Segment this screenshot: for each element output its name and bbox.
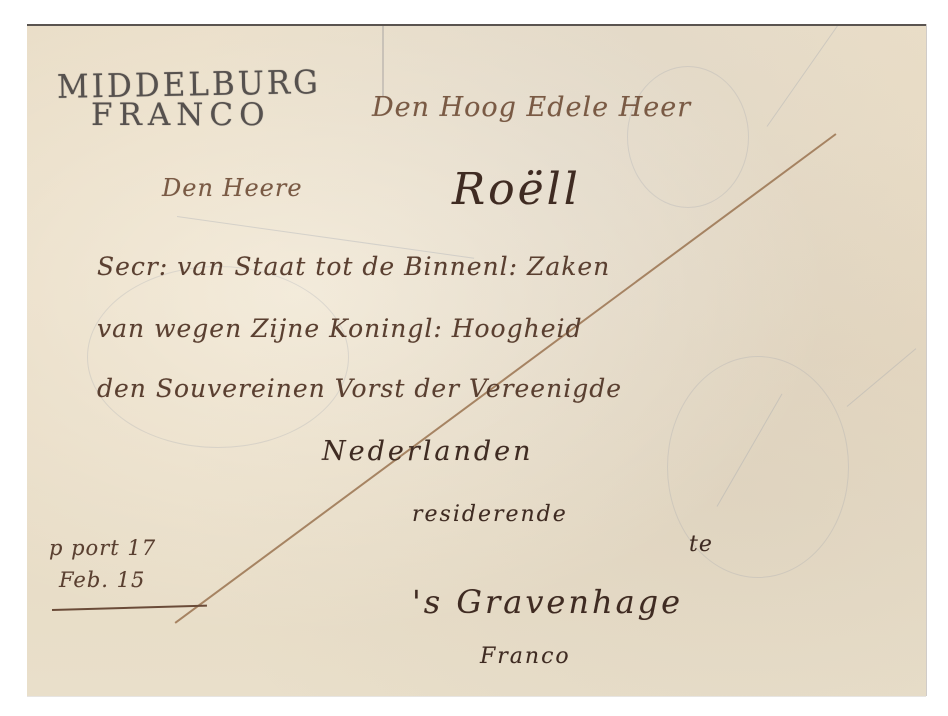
fold-mark <box>382 26 384 96</box>
annotation-underline <box>52 605 207 611</box>
recipient-name: Roëll <box>452 168 581 212</box>
title-line: Den Heere <box>162 176 303 200</box>
address-line-1: Secr: van Staat tot de Binnenl: Zaken <box>97 254 610 279</box>
address-line-3: den Souvereinen Vorst der Vereenigde <box>97 376 622 401</box>
address-line-5: residerende <box>412 504 568 526</box>
postage-annotation-line-1: p port 17 <box>49 538 156 559</box>
show-through-line <box>717 394 783 507</box>
show-through-line <box>767 24 848 127</box>
address-line-4: Nederlanden <box>322 438 534 465</box>
address-line-2: van wegen Zijne Koningl: Hoogheid <box>97 316 583 341</box>
franking-note: Franco <box>480 646 571 668</box>
address-te: te <box>689 534 713 556</box>
show-through-line <box>847 348 917 407</box>
letter-sheet: MIDDELBURG FRANCO Den Hoog Edele Heer De… <box>27 24 926 696</box>
show-through-mark <box>87 266 349 448</box>
postage-annotation-line-2: Feb. 15 <box>59 570 145 591</box>
postmark-franco: FRANCO <box>91 100 271 131</box>
salutation: Den Hoog Edele Heer <box>372 94 691 121</box>
address-city: 's Gravenhage <box>412 586 683 618</box>
show-through-mark <box>627 66 749 208</box>
scan-background: MIDDELBURG FRANCO Den Hoog Edele Heer De… <box>0 0 948 716</box>
